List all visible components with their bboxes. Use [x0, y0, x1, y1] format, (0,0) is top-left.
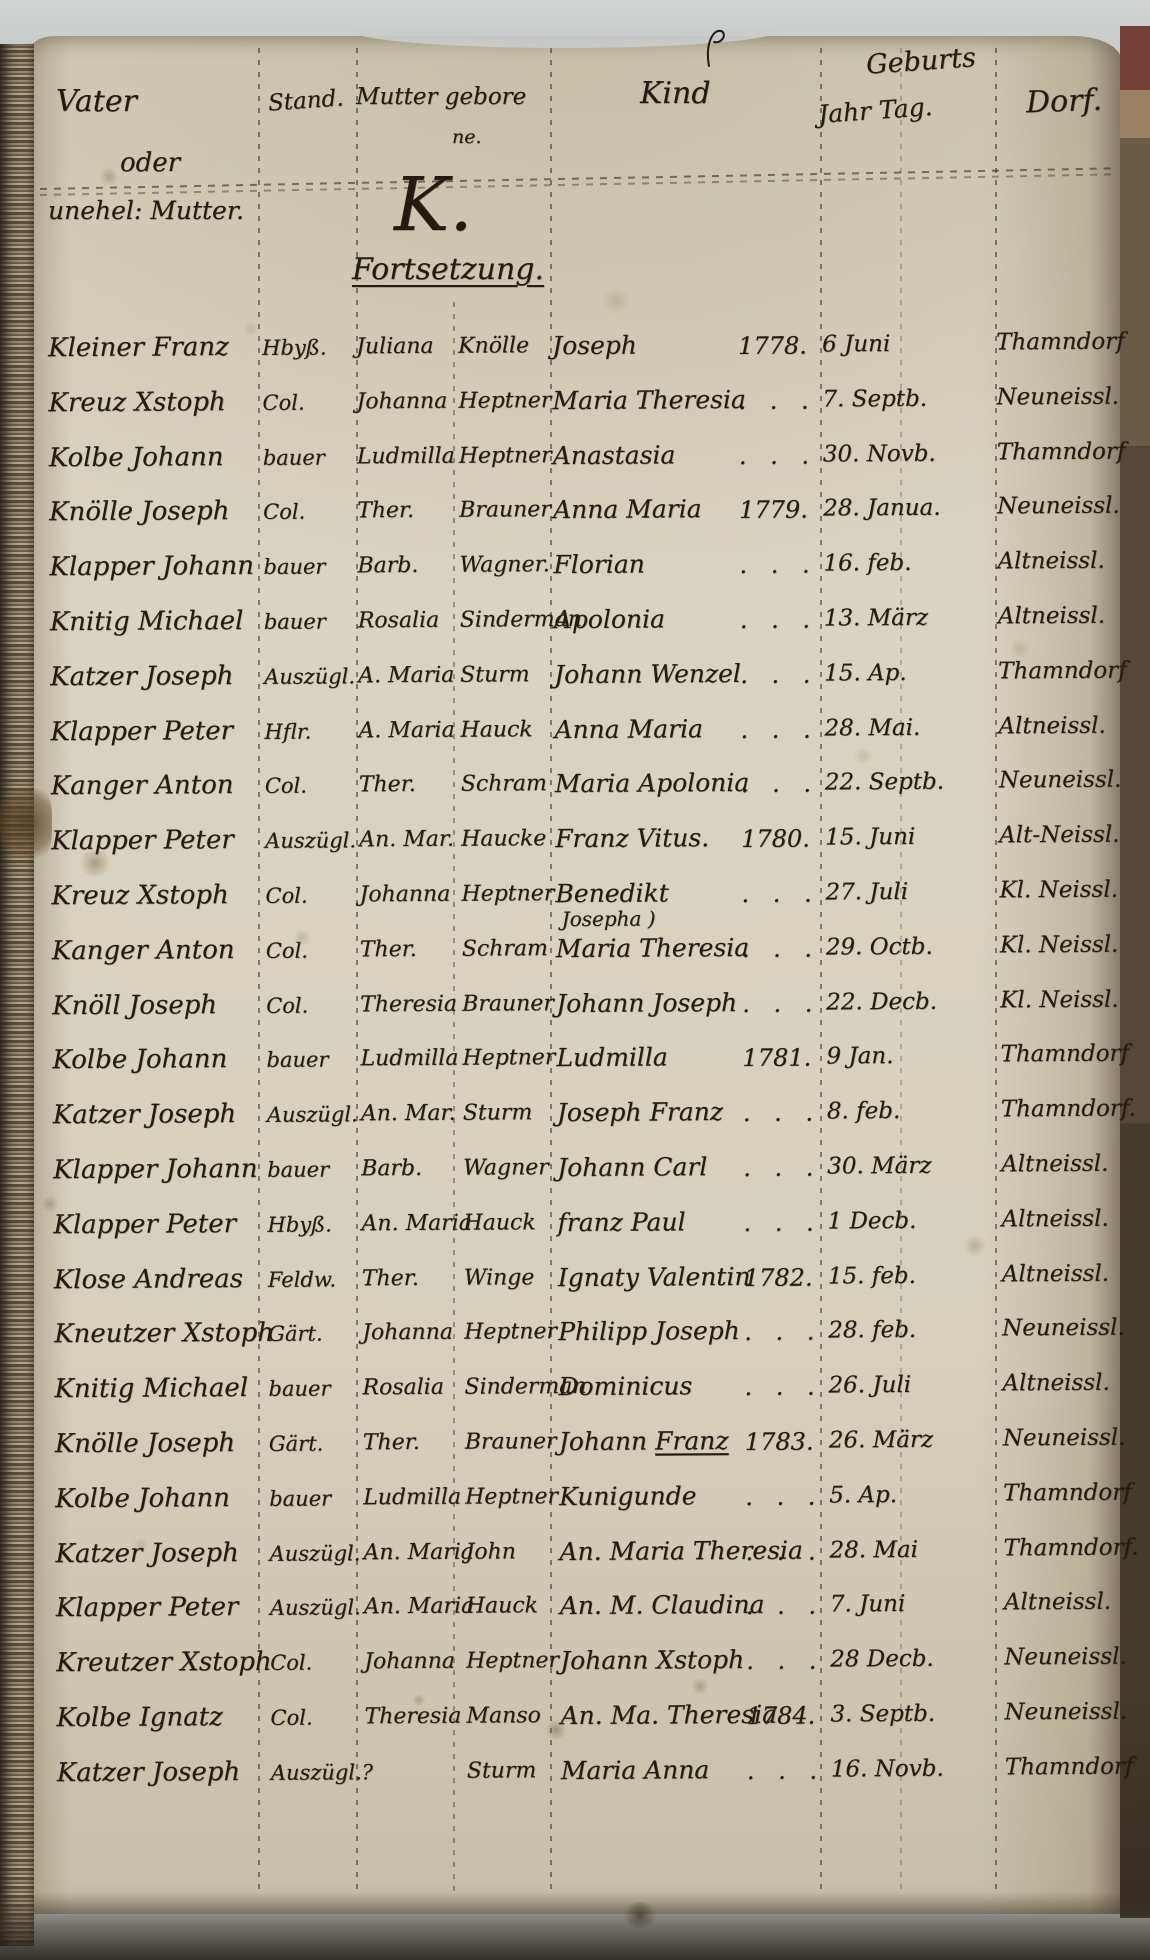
stand-cell: Hbyß.	[267, 1212, 331, 1236]
father-cell: Klapper Johann	[53, 1154, 258, 1185]
child-cell: Florian	[553, 550, 645, 580]
mother-given-cell: Johanna	[364, 1649, 455, 1675]
birth-year-cell: . . .	[743, 1208, 821, 1236]
child-cell: Anna Maria	[553, 495, 702, 525]
village-cell: Altneissl.	[997, 548, 1104, 575]
stand-cell: Hflr.	[264, 719, 311, 743]
birth-day-cell: 9 Jan.	[826, 1043, 893, 1069]
mother-surname-cell: Sturm	[463, 1100, 533, 1125]
father-cell: Kreuz Xstoph	[51, 880, 228, 911]
stand-cell: bauer	[269, 1486, 331, 1510]
birth-year-cell: . . .	[745, 1537, 823, 1565]
register-row: Klapper PeterAuszügl.An. Mar.HauckeFranz…	[0, 820, 1149, 881]
mother-given-cell: Ludmilla	[360, 1046, 458, 1072]
mother-surname-cell: Heptner	[464, 1320, 557, 1346]
birth-year-cell: . . .	[743, 1099, 821, 1127]
village-cell: Altneissl.	[1001, 1206, 1108, 1233]
stand-cell: bauer	[267, 1158, 329, 1182]
stand-cell: Col.	[265, 884, 307, 908]
child-cell: Ignaty Valentin	[558, 1262, 751, 1292]
birth-year-cell: . . .	[745, 1482, 823, 1510]
village-cell: Altneissl.	[1001, 1151, 1108, 1178]
birth-day-cell: 28 Decb.	[830, 1646, 934, 1673]
register-row: Knitig MichaelbauerRosaliaSindermanDomin…	[2, 1368, 1150, 1429]
birth-year-cell: . . .	[741, 770, 819, 798]
birth-day-cell: 6 Juni	[822, 331, 890, 357]
birth-year-cell: . . .	[746, 1592, 824, 1620]
father-cell: Kanger Anton	[51, 770, 234, 801]
mother-given-cell: Barb.	[357, 553, 418, 578]
register-row: Knölle JosephCol.Ther.BraunerAnna Maria1…	[0, 491, 1147, 552]
birth-year-cell: . . .	[739, 441, 817, 469]
register-row: Klapper PeterHflr.A. MariaHauckAnna Mari…	[0, 710, 1149, 771]
father-cell: Katzer Joseph	[57, 1757, 241, 1788]
child-cell: BenediktJosepha )	[555, 878, 668, 908]
birth-year-cell: . . .	[738, 386, 816, 414]
birth-day-cell: 7. Juni	[830, 1591, 906, 1617]
mother-given-cell: Johanna	[356, 389, 447, 415]
birth-year-cell: . . .	[743, 1153, 821, 1181]
father-cell: Klapper Peter	[51, 825, 234, 856]
father-cell: Kolbe Johann	[52, 1045, 227, 1076]
mother-given-cell: Ther.	[363, 1430, 420, 1455]
register-row: Knöll JosephCol.TheresiaBraunerJohann Jo…	[0, 984, 1150, 1045]
mother-surname-cell: Schram	[461, 772, 547, 798]
register-row: Kolbe JohannbauerLudmillaHeptnerKunigund…	[3, 1477, 1150, 1538]
mother-given-cell: An. Maria	[363, 1539, 474, 1565]
birth-day-cell: 16. feb.	[823, 550, 911, 577]
child-cell: Joseph	[552, 331, 637, 361]
birth-year-cell: . . .	[747, 1756, 825, 1784]
register-row: Knölle JosephGärt.Ther.BraunerJohann Fra…	[3, 1422, 1150, 1483]
birth-day-cell: 22. Decb.	[826, 988, 937, 1015]
father-cell: Kleiner Franz	[48, 332, 229, 363]
mother-given-cell: Rosalia	[362, 1375, 444, 1400]
child-cell: Ludmilla	[556, 1043, 667, 1073]
mother-surname-cell: Schram	[462, 936, 548, 962]
birth-day-cell: 5. Ap.	[829, 1482, 897, 1508]
mother-given-cell: Ther.	[357, 498, 414, 523]
birth-day-cell: 8. feb.	[827, 1098, 901, 1124]
birth-year-cell: . . .	[740, 606, 818, 634]
birth-day-cell: 22. Septb.	[825, 769, 944, 796]
mother-given-cell: Ludmilla	[363, 1485, 461, 1511]
village-cell: Neuneissl.	[1004, 1699, 1127, 1726]
village-cell: Thamndorf.	[1001, 1096, 1136, 1123]
father-cell: Klose Andreas	[54, 1264, 243, 1295]
register-row: Katzer JosephAuszügl.?SturmMaria Anna. .…	[5, 1751, 1150, 1812]
stand-cell: Col.	[270, 1706, 312, 1730]
mother-given-cell: Johanna	[362, 1320, 453, 1346]
child-cell: An. M. Claudina	[560, 1590, 765, 1620]
child-cell: Johann Wenzel	[554, 659, 741, 689]
father-cell: Knitig Michael	[54, 1373, 248, 1404]
birth-day-cell: 1 Decb.	[827, 1208, 916, 1235]
register-row: Kolbe JohannbauerLudmillaHeptnerLudmilla…	[0, 1039, 1150, 1100]
stand-cell: Col.	[266, 938, 308, 962]
register-row: Klapper JohannbauerBarb.Wagner.Florian. …	[0, 546, 1148, 607]
child-cell: Philipp Joseph	[558, 1316, 740, 1346]
father-cell: Klapper Peter	[50, 716, 233, 747]
child-cell: Kunigunde	[559, 1481, 697, 1511]
village-cell: Neuneissl.	[996, 383, 1119, 410]
birth-year-cell: . . .	[746, 1647, 824, 1675]
birth-year-cell: . . .	[742, 989, 820, 1017]
village-cell: Thamndorf	[1003, 1479, 1132, 1506]
register-row: Kleiner FranzHbyß.JulianaKnölleJoseph177…	[0, 326, 1146, 387]
birth-day-cell: 15. feb.	[828, 1263, 916, 1290]
village-cell: Thamndorf	[996, 329, 1125, 356]
village-cell: Kl. Neissl.	[1000, 986, 1119, 1013]
mother-surname-cell: Wagner	[463, 1155, 549, 1181]
child-cell: Maria Theresia	[552, 385, 746, 415]
stand-cell: Feldw.	[268, 1267, 336, 1291]
child-cell: Maria Anna	[561, 1755, 710, 1785]
mother-surname-cell: Brauner	[465, 1429, 557, 1455]
photo-bottom-shadow	[0, 1892, 1150, 1960]
register-row: Kreuz XstophCol.JohannaHeptnerMaria Ther…	[0, 381, 1147, 442]
mother-surname-cell: Sturm	[460, 662, 530, 687]
father-cell: Klapper Peter	[56, 1592, 239, 1623]
register-row: Katzer JosephAuszügl.An. Mar.SturmJoseph…	[1, 1094, 1150, 1155]
birth-year-cell: . . .	[744, 1318, 822, 1346]
stand-cell: Col.	[263, 500, 305, 524]
stand-cell: Auszügl.?	[271, 1760, 373, 1785]
village-cell: Altneissl.	[1004, 1589, 1111, 1616]
child-cell: Johann Joseph	[556, 988, 737, 1018]
child-subname: Josepha )	[562, 907, 656, 932]
birth-year-cell: 1780.	[741, 825, 810, 853]
village-cell: Kl. Neissl.	[1000, 931, 1119, 958]
child-cell: Dominicus	[558, 1371, 692, 1401]
father-cell: Kreuz Xstoph	[48, 387, 225, 418]
birth-day-cell: 27. Juli	[825, 879, 908, 906]
mother-surname-cell: Manso	[466, 1703, 541, 1728]
father-cell: Klapper Peter	[53, 1209, 236, 1240]
register-row: Katzer JosephAuszügl.An. MariaJohnAn. Ma…	[3, 1532, 1150, 1593]
register-row: Katzer JosephAuszügl.A. MariaSturmJohann…	[0, 655, 1148, 716]
register-row: Kolbe JohannbauerLudmillaHeptnerAnastasi…	[0, 436, 1147, 497]
village-cell: Thamndorf	[1000, 1041, 1129, 1068]
village-cell: Altneissl.	[1002, 1370, 1109, 1397]
village-cell: Thamndorf	[998, 657, 1127, 684]
stand-cell: Gärt.	[269, 1432, 324, 1456]
father-cell: Kolbe Ignatz	[56, 1702, 222, 1733]
birth-day-cell: 15. Juni	[825, 824, 915, 851]
mother-given-cell: An. Mar.	[359, 827, 454, 853]
birth-year-cell: . . .	[744, 1373, 822, 1401]
mother-surname-cell: John	[465, 1539, 516, 1564]
stand-cell: Col.	[262, 390, 304, 414]
mother-given-cell: An. Mar.	[361, 1101, 456, 1127]
village-cell: Kl. Neissl.	[999, 877, 1118, 904]
birth-day-cell: 28. Mai.	[824, 714, 920, 741]
birth-year-cell: . . .	[742, 934, 820, 962]
birth-day-cell: 28. Mai	[829, 1537, 918, 1564]
stand-cell: Col.	[265, 774, 307, 798]
child-cell: Johann Xstoph	[560, 1645, 744, 1675]
child-cell: Anastasia	[553, 440, 676, 470]
father-cell: Knölle Joseph	[49, 496, 229, 527]
child-cell: Maria Theresia	[556, 933, 750, 963]
child-cell: An. Ma. Theresia	[560, 1700, 777, 1730]
birth-day-cell: 13. März	[824, 605, 928, 632]
village-cell: Thamndorf	[997, 438, 1126, 465]
register-row: Klapper PeterAuszügl.An. MariaHauckAn. M…	[4, 1587, 1150, 1648]
mother-given-cell: Rosalia	[358, 608, 440, 633]
mother-surname-cell: Hauck	[466, 1594, 538, 1619]
village-cell: Altneissl.	[998, 712, 1105, 739]
birth-year-cell: . . .	[740, 660, 818, 688]
register-row: Klapper PeterHbyß.An. MariaHauckfranz Pa…	[1, 1203, 1150, 1264]
stand-cell: Auszügl.	[269, 1541, 360, 1566]
birth-day-cell: 30. März	[827, 1153, 931, 1180]
mother-surname-cell: Hauck	[460, 717, 532, 742]
village-cell: Altneissl.	[1002, 1260, 1109, 1287]
stand-cell: Col.	[266, 993, 308, 1017]
birth-day-cell: 29. Octb.	[826, 934, 933, 961]
birth-year-cell: 1778.	[738, 332, 807, 360]
birth-year-cell: 1781.	[742, 1044, 811, 1072]
register-row: Klose AndreasFeldw.Ther.WingeIgnaty Vale…	[2, 1258, 1150, 1319]
mother-surname-cell: Knölle	[458, 333, 529, 358]
child-cell: Anna Maria	[554, 714, 703, 744]
mother-surname-cell: Heptner	[458, 388, 551, 414]
mother-given-cell: Johanna	[359, 882, 450, 908]
register-row: Kneutzer XstophGärt.JohannaHeptnerPhilip…	[2, 1313, 1150, 1374]
stand-cell: bauer	[263, 445, 325, 469]
mother-given-cell: An. Maria	[361, 1210, 472, 1236]
register-row: Knitig MichaelbauerRosaliaSindermanApolo…	[0, 600, 1148, 661]
father-cell: Kreutzer Xstoph	[56, 1647, 272, 1678]
village-cell: Neuneissl.	[1002, 1315, 1125, 1342]
father-cell: Knöll Joseph	[52, 990, 217, 1021]
mother-surname-cell: Brauner	[459, 498, 551, 524]
birth-day-cell: 3. Septb.	[830, 1701, 935, 1728]
father-cell: Knitig Michael	[50, 606, 244, 637]
child-cell: Franz Vitus.	[555, 823, 709, 853]
mother-surname-cell: Heptner	[461, 881, 554, 907]
mother-given-cell: A. Maria	[358, 717, 454, 743]
mother-given-cell: Barb.	[361, 1156, 422, 1181]
mother-surname-cell: Heptner	[465, 1484, 558, 1510]
mother-surname-cell: Wagner.	[459, 552, 549, 578]
birth-day-cell: 28. feb.	[828, 1317, 916, 1344]
child-cell: Joseph Franz	[557, 1097, 723, 1127]
birth-year-cell: 1782.	[744, 1263, 813, 1291]
father-cell: Katzer Joseph	[50, 661, 234, 692]
stand-cell: bauer	[268, 1377, 330, 1401]
mother-given-cell: An. Maria	[364, 1594, 475, 1620]
mother-given-cell: Theresia	[360, 991, 457, 1017]
register-row: Kreuz XstophCol.JohannaHeptnerBenediktJo…	[0, 874, 1150, 935]
stand-cell: Col.	[270, 1651, 312, 1675]
village-cell: Neuneissl.	[1004, 1644, 1127, 1671]
mother-given-cell: Juliana	[356, 334, 434, 359]
register-rows: Kleiner FranzHbyß.JulianaKnölleJoseph177…	[0, 0, 1150, 1960]
mother-surname-cell: Heptner	[462, 1046, 555, 1072]
village-cell: Thamndorf	[1005, 1753, 1134, 1780]
mother-surname-cell: Winge	[464, 1265, 535, 1290]
stand-cell: Auszügl.	[267, 1103, 358, 1128]
father-cell: Knölle Joseph	[55, 1428, 235, 1459]
mother-surname-cell: Sturm	[467, 1758, 537, 1783]
birth-day-cell: 26. Juli	[828, 1372, 911, 1399]
stand-cell: Auszügl.	[265, 829, 356, 854]
child-cell: Apolonia	[554, 604, 665, 634]
register-row: Kolbe IgnatzCol.TheresiaMansoAn. Ma. The…	[4, 1696, 1150, 1757]
birth-year-cell: 1779.	[739, 496, 808, 524]
birth-year-cell: . . .	[739, 551, 817, 579]
child-cell: franz Paul	[557, 1207, 685, 1237]
birth-day-cell: 15. Ap.	[824, 660, 907, 687]
child-cell: Johann Carl	[557, 1152, 707, 1182]
register-row: Kreutzer XstophCol.JohannaHeptnerJohann …	[4, 1642, 1150, 1703]
mother-given-cell: Ther.	[360, 937, 417, 962]
stand-cell: Auszügl.	[270, 1596, 361, 1621]
village-cell: Neuneissl.	[1003, 1425, 1126, 1452]
mother-given-cell: A. Maria	[358, 663, 454, 689]
child-cell: Johann Franz	[559, 1426, 729, 1456]
stand-cell: Auszügl.	[264, 664, 355, 689]
register-row: Kanger AntonCol.Ther.SchramMaria Theresi…	[0, 929, 1150, 990]
father-cell: Klapper Johann	[49, 551, 254, 582]
mother-surname-cell: Hauck	[463, 1210, 535, 1235]
mother-given-cell: Ludmilla	[357, 443, 455, 469]
birth-year-cell: . . .	[741, 880, 819, 908]
village-cell: Neuneissl.	[999, 767, 1122, 794]
birth-year-cell: 1784.	[746, 1702, 815, 1730]
father-cell: Kolbe Johann	[55, 1483, 230, 1514]
birth-day-cell: 16. Novb.	[831, 1756, 944, 1783]
register-row: Klapper JohannbauerBarb.WagnerJohann Car…	[1, 1148, 1150, 1209]
father-cell: Katzer Joseph	[53, 1099, 237, 1130]
father-cell: Kanger Anton	[52, 935, 235, 966]
father-cell: Katzer Joseph	[55, 1538, 239, 1569]
register-row: Kanger AntonCol.Ther.SchramMaria Apoloni…	[0, 765, 1149, 826]
mother-surname-cell: Heptner	[459, 443, 552, 469]
mother-surname-cell: Heptner	[466, 1648, 559, 1674]
birth-year-cell: 1783.	[745, 1428, 814, 1456]
village-cell: Alt-Neissl.	[999, 822, 1120, 849]
village-cell: Altneissl.	[998, 603, 1105, 630]
child-cell: Maria Apolonia	[555, 768, 750, 798]
stand-cell: Hbyß.	[262, 336, 326, 360]
village-cell: Neuneissl.	[997, 493, 1120, 520]
birth-day-cell: 28. Janua.	[823, 495, 941, 522]
birth-day-cell: 7. Septb.	[822, 386, 927, 413]
mother-given-cell: Ther.	[362, 1266, 419, 1291]
stand-cell: bauer	[266, 1048, 328, 1072]
mother-surname-cell: Brauner	[462, 991, 554, 1017]
mother-given-cell: Theresia	[364, 1704, 461, 1730]
father-cell: Kneutzer Xstoph	[54, 1318, 274, 1349]
mother-surname-cell: Haucke	[461, 826, 546, 852]
stand-cell: bauer	[264, 610, 326, 634]
mother-given-cell: Ther.	[359, 772, 416, 797]
stand-cell: bauer	[263, 555, 325, 579]
stand-cell: Gärt.	[268, 1322, 323, 1346]
father-cell: Kolbe Johann	[49, 442, 224, 473]
village-cell: Thamndorf.	[1003, 1534, 1138, 1561]
birth-year-cell: . . .	[740, 715, 818, 743]
birth-day-cell: 26. März	[829, 1427, 933, 1454]
birth-day-cell: 30. Novb.	[823, 440, 936, 467]
